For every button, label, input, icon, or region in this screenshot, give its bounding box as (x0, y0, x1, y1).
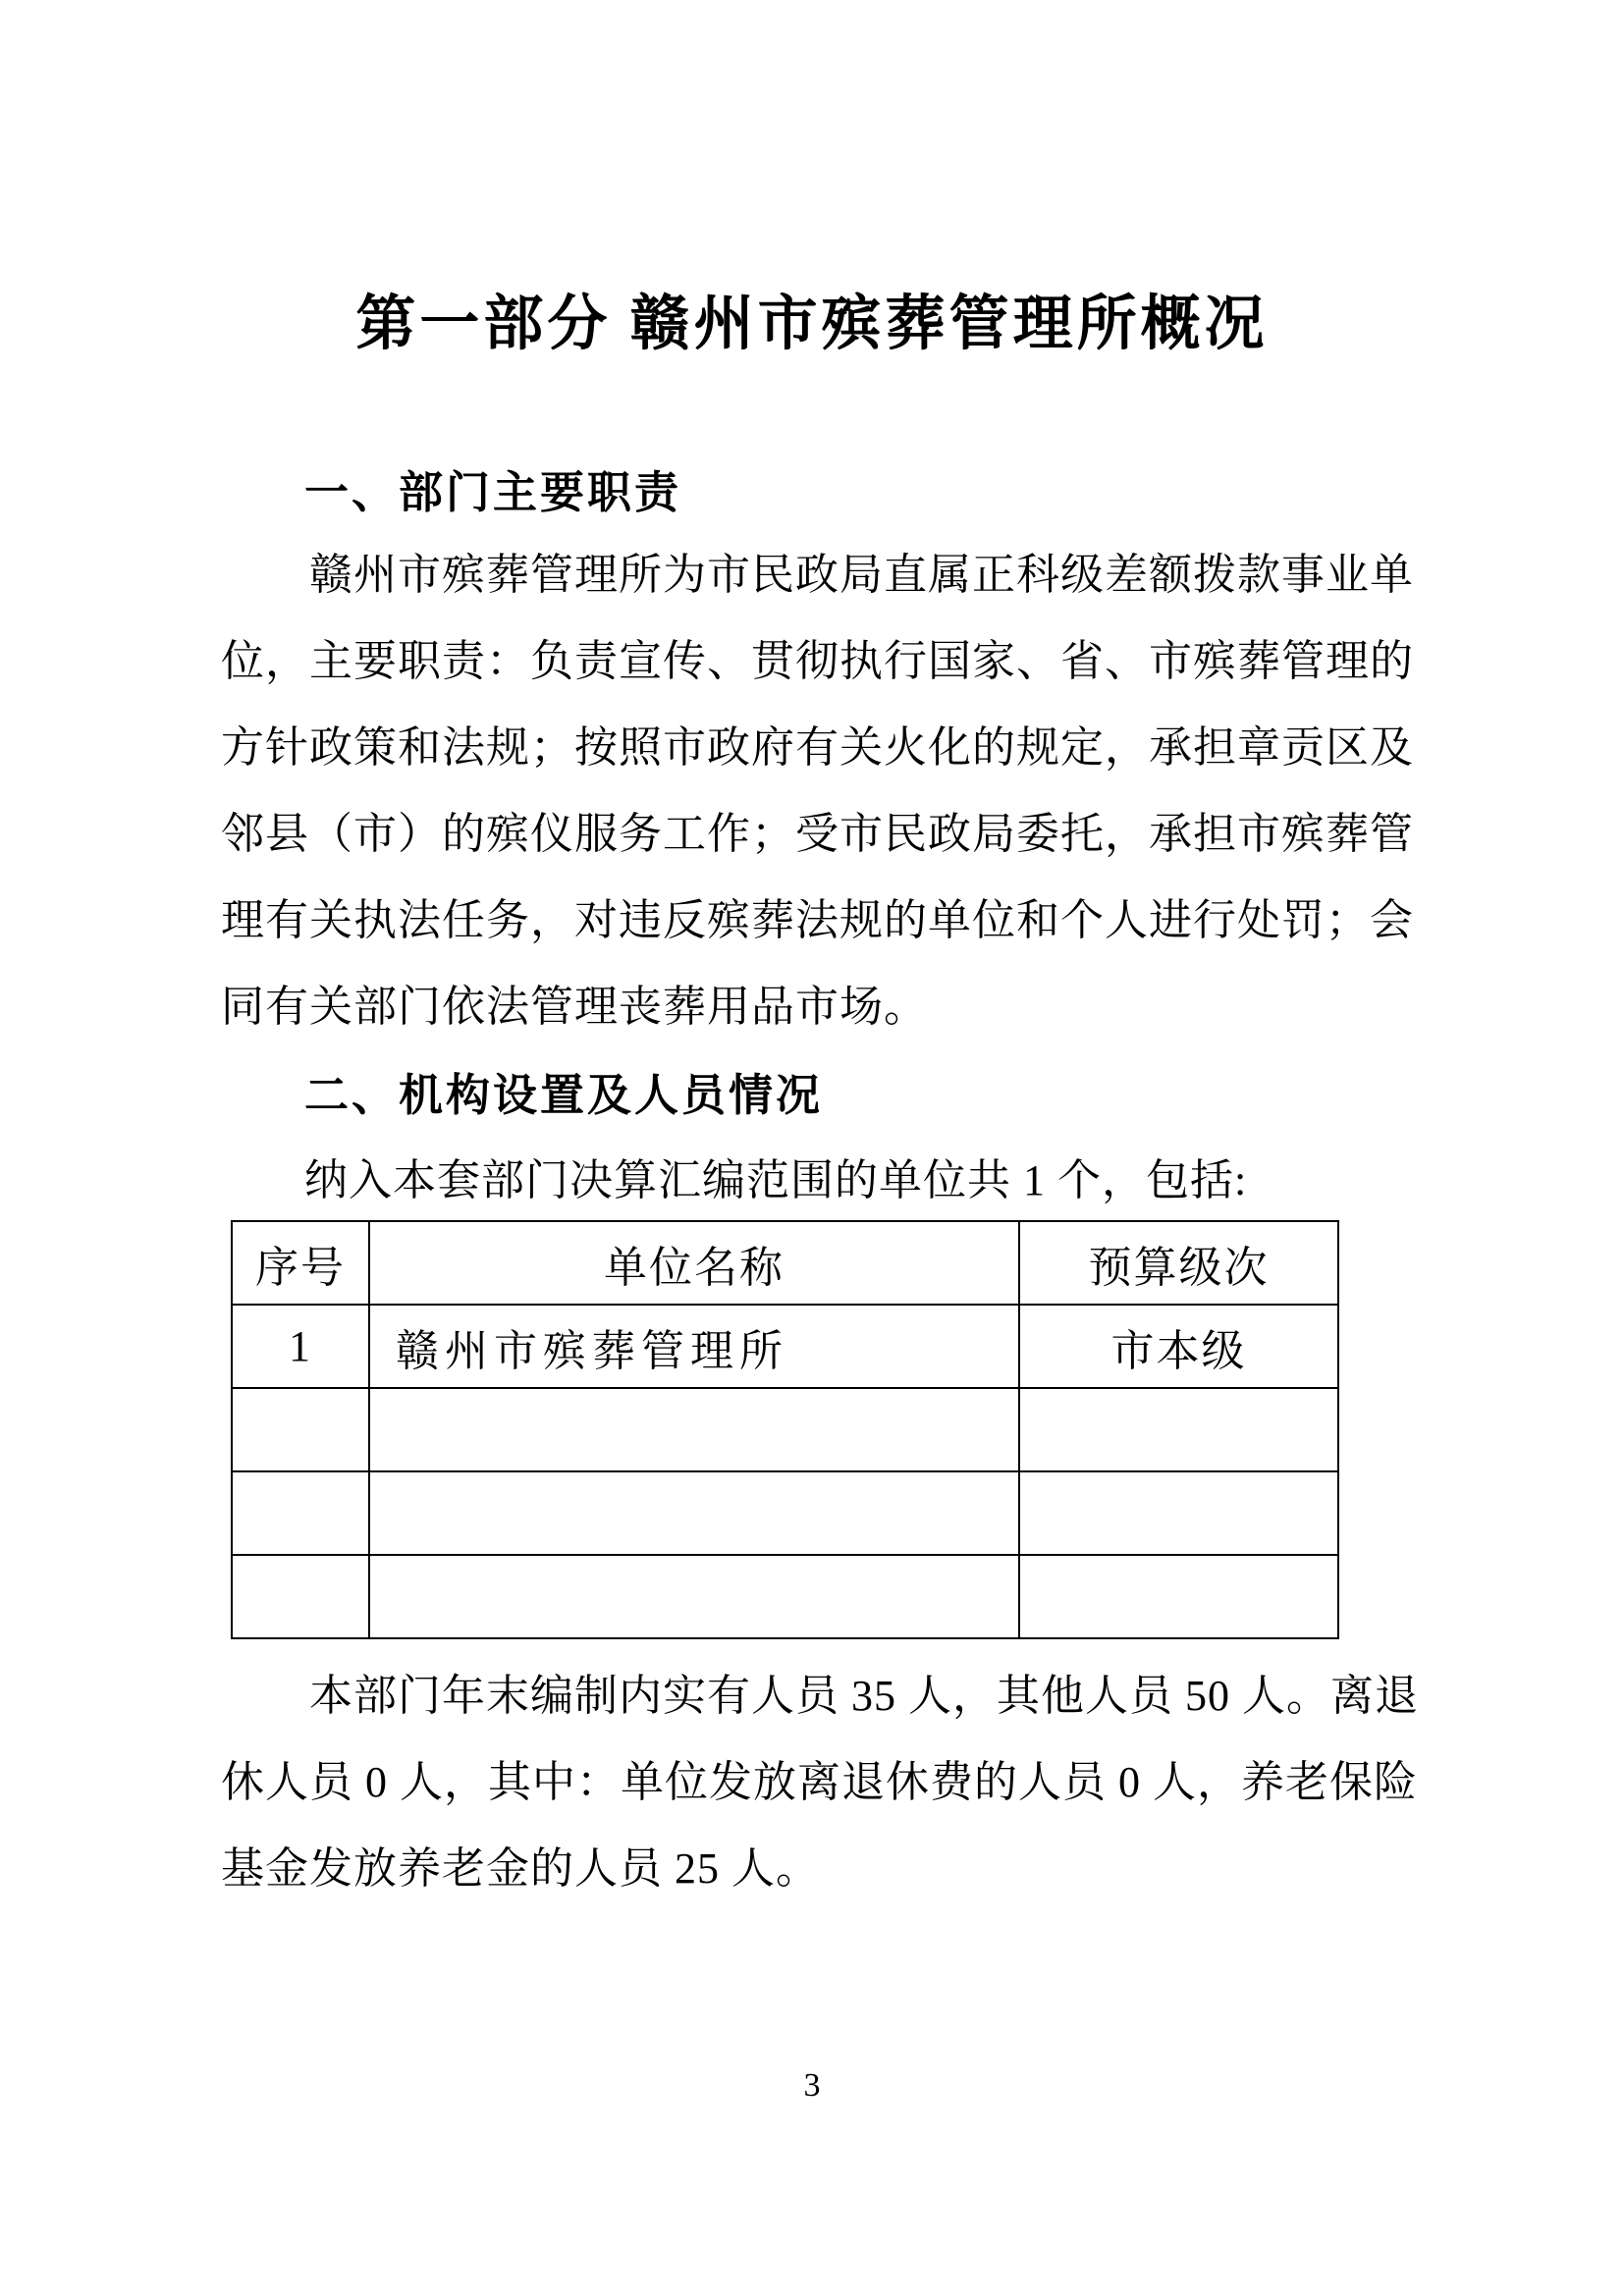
document-title: 第一部分 赣州市殡葬管理所概况 (0, 291, 1624, 359)
paragraph-line: 位，主要职责：负责宣传、贯彻执行国家、省、市殡葬管理的 (221, 618, 1399, 705)
cell-unit-name: 赣州市殡葬管理所 (369, 1305, 1019, 1388)
header-cell-unit-name: 单位名称 (369, 1221, 1019, 1305)
cell-sequence (232, 1471, 369, 1555)
cell-sequence: 1 (232, 1305, 369, 1388)
closing-paragraph: 本部门年末编制内实有人员 35 人，其他人员 50 人。离退 休人员 0 人，其… (221, 1653, 1399, 1912)
table-row (232, 1471, 1338, 1555)
cell-unit-name (369, 1555, 1019, 1638)
paragraph-line: 同有关部门依法管理丧葬用品市场。 (221, 964, 1399, 1050)
cell-budget-level: 市本级 (1019, 1305, 1338, 1388)
cell-unit-name (369, 1471, 1019, 1555)
page-number: 3 (0, 2067, 1624, 2105)
cell-sequence (232, 1388, 369, 1471)
units-table: 序号 单位名称 预算级次 1 赣州市殡葬管理所 市本级 (231, 1220, 1339, 1639)
cell-unit-name (369, 1388, 1019, 1471)
table-row (232, 1388, 1338, 1471)
paragraph-line: 方针政策和法规；按照市政府有关火化的规定，承担章贡区及 (221, 705, 1399, 791)
paragraph-line: 赣州市殡葬管理所为市民政局直属正科级差额拨款事业单 (221, 532, 1399, 618)
header-cell-sequence: 序号 (232, 1221, 369, 1305)
cell-budget-level (1019, 1555, 1338, 1638)
table-row (232, 1555, 1338, 1638)
paragraph-line: 休人员 0 人，其中：单位发放离退休费的人员 0 人，养老保险 (221, 1739, 1399, 1826)
table-row: 1 赣州市殡葬管理所 市本级 (232, 1305, 1338, 1388)
section-2-heading: 二、机构设置及人员情况 (304, 1073, 823, 1117)
header-cell-budget-level: 预算级次 (1019, 1221, 1338, 1305)
cell-sequence (232, 1555, 369, 1638)
cell-budget-level (1019, 1388, 1338, 1471)
paragraph-line: 邻县（市）的殡仪服务工作；受市民政局委托，承担市殡葬管 (221, 791, 1399, 878)
section-1-heading: 一、部门主要职责 (304, 470, 681, 514)
table-intro-line: 纳入本套部门决算汇编范围的单位共 1 个，包括: (304, 1138, 1247, 1224)
paragraph-line: 本部门年末编制内实有人员 35 人，其他人员 50 人。离退 (221, 1653, 1399, 1739)
table-header-row: 序号 单位名称 预算级次 (232, 1221, 1338, 1305)
cell-budget-level (1019, 1471, 1338, 1555)
paragraph-line: 基金发放养老金的人员 25 人。 (221, 1826, 1399, 1912)
paragraph-line: 理有关执法任务，对违反殡葬法规的单位和个人进行处罚；会 (221, 878, 1399, 964)
section-1-paragraph: 赣州市殡葬管理所为市民政局直属正科级差额拨款事业单 位，主要职责：负责宣传、贯彻… (221, 532, 1399, 1050)
document-page: 第一部分 赣州市殡葬管理所概况 一、部门主要职责 赣州市殡葬管理所为市民政局直属… (0, 0, 1624, 2296)
